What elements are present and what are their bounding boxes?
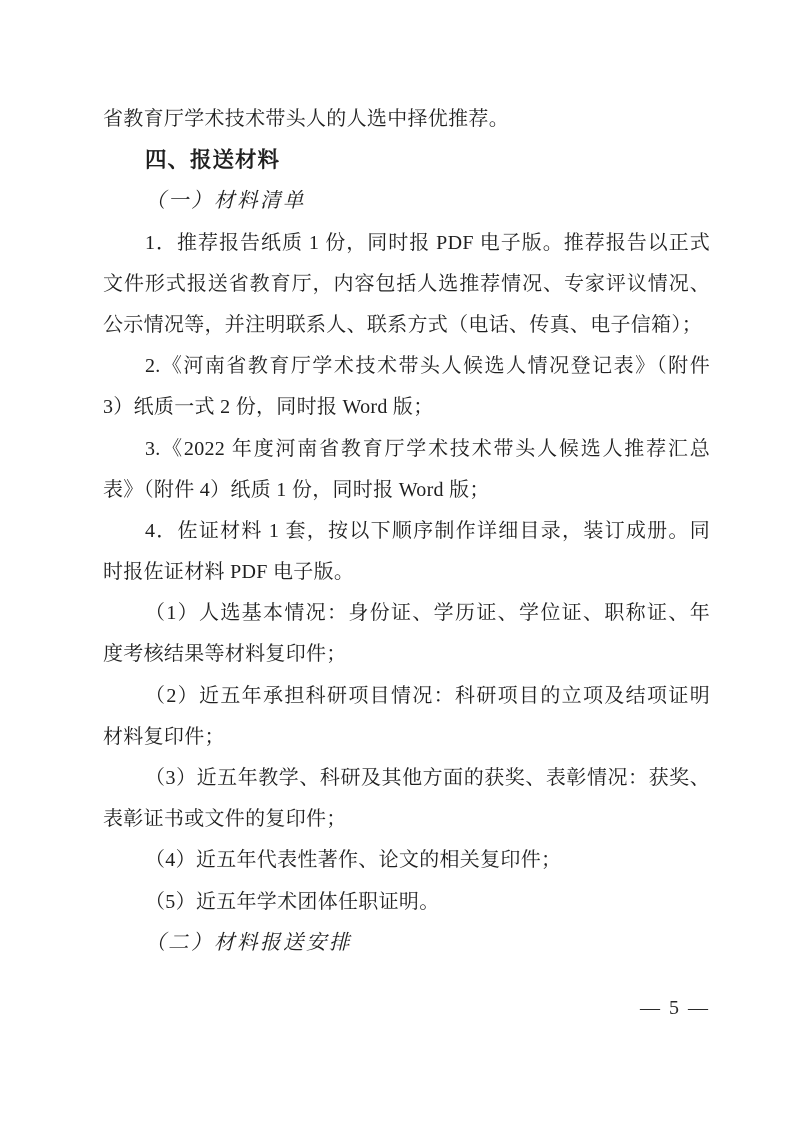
section-heading: 四、报送材料 xyxy=(103,140,710,181)
body-line: 表》（附件 4）纸质 1 份，同时报 Word 版； xyxy=(103,470,710,511)
subsection-heading: （二）材料报送安排 xyxy=(103,923,710,964)
body-line: （1）人选基本情况：身份证、学历证、学位证、职称证、年 xyxy=(103,593,710,634)
document-page: 省教育厅学术技术带头人的人选中择优推荐。 四、报送材料 （一）材料清单 1．推荐… xyxy=(0,0,799,1131)
body-line: 3.《2022 年度河南省教育厅学术技术带头人候选人推荐汇总 xyxy=(103,429,710,470)
body-line: 文件形式报送省教育厅，内容包括人选推荐情况、专家评议情况、 xyxy=(103,264,710,305)
subsection-heading: （一）材料清单 xyxy=(103,181,710,222)
body-line: 1．推荐报告纸质 1 份，同时报 PDF 电子版。推荐报告以正式 xyxy=(103,223,710,264)
body-line: 3）纸质一式 2 份，同时报 Word 版； xyxy=(103,387,710,428)
body-line: 度考核结果等材料复印件； xyxy=(103,634,710,675)
body-line: 4．佐证材料 1 套，按以下顺序制作详细目录，装订成册。同 xyxy=(103,511,710,552)
body-line: （5）近五年学术团体任职证明。 xyxy=(103,882,710,923)
body-line: （3）近五年教学、科研及其他方面的获奖、表彰情况：获奖、 xyxy=(103,758,710,799)
page-number: — 5 — xyxy=(640,994,710,1022)
body-line: （2）近五年承担科研项目情况：科研项目的立项及结项证明 xyxy=(103,676,710,717)
body-line: 省教育厅学术技术带头人的人选中择优推荐。 xyxy=(103,99,710,140)
body-line: 表彰证书或文件的复印件； xyxy=(103,799,710,840)
body-line: 时报佐证材料 PDF 电子版。 xyxy=(103,552,710,593)
document-body: 省教育厅学术技术带头人的人选中择优推荐。 四、报送材料 （一）材料清单 1．推荐… xyxy=(103,99,710,964)
body-line: 材料复印件； xyxy=(103,717,710,758)
body-line: （4）近五年代表性著作、论文的相关复印件； xyxy=(103,840,710,881)
body-line: 2.《河南省教育厅学术技术带头人候选人情况登记表》（附件 xyxy=(103,346,710,387)
body-line: 公示情况等，并注明联系人、联系方式（电话、传真、电子信箱）； xyxy=(103,305,710,346)
